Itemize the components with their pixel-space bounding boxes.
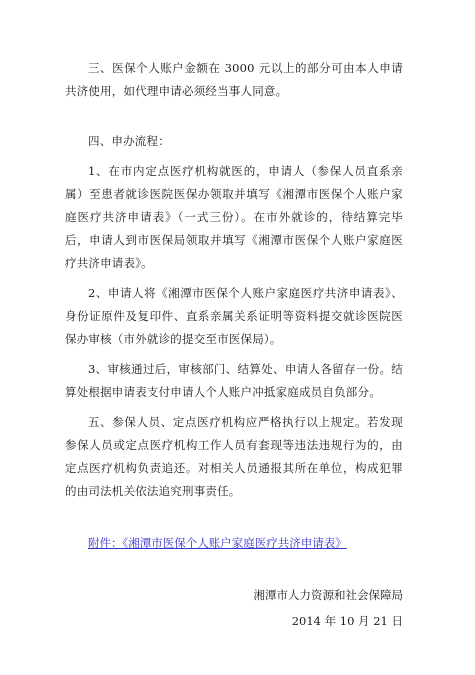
document-page: 三、医保个人账户金额在 3000 元以上的部分可由本人申请共济使用，如代理申请必… xyxy=(0,0,475,675)
attachment-link[interactable]: 附件：《湘潭市医保个人账户家庭医疗共济申请表》 xyxy=(88,536,347,550)
paragraph-section-4-heading: 四、申办流程： xyxy=(65,130,403,153)
paragraph-step-1: 1、在市内定点医疗机构就医的，申请人（参保人员直系亲属）至患者就诊医院医保办领取… xyxy=(65,160,403,275)
attachment-line: 附件：《湘潭市医保个人账户家庭医疗共济申请表》 xyxy=(65,532,403,555)
paragraph-step-2: 2、申请人将《湘潭市医保个人账户家庭医疗共济申请表》、身份证原件及复印件、直系亲… xyxy=(65,282,403,351)
signature-organization: 湘潭市人力资源和社会保障局 xyxy=(65,584,403,607)
paragraph-step-3: 3、审核通过后，审核部门、结算处、申请人各留存一份。结算处根据申请表支付申请人个… xyxy=(65,358,403,404)
signature-date: 2014 年 10 月 21 日 xyxy=(65,610,403,633)
signature-block: 湘潭市人力资源和社会保障局 2014 年 10 月 21 日 xyxy=(65,584,403,633)
paragraph-item-3: 三、医保个人账户金额在 3000 元以上的部分可由本人申请共济使用，如代理申请必… xyxy=(65,57,403,103)
paragraph-item-5: 五、参保人员、定点医疗机构应严格执行以上规定。若发现参保人员或定点医疗机构工作人… xyxy=(65,411,403,503)
